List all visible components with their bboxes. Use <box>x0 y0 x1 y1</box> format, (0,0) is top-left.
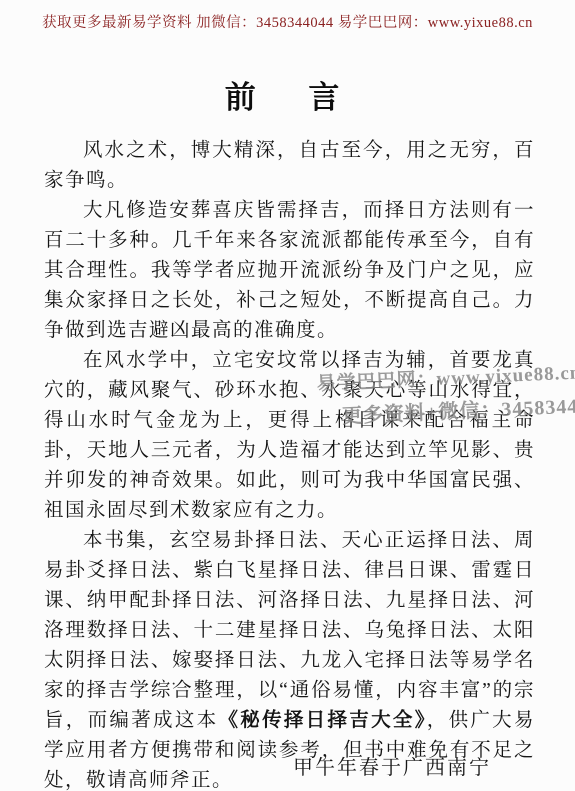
paragraph-1: 风水之术，博大精深，自古至今，用之无穷，百家争鸣。 <box>44 136 535 196</box>
stray-scan-mark: · <box>171 676 176 694</box>
paragraph-3: 在风水学中，立宅安坟常以择吉为辅，首要龙真穴的，藏风聚气、砂环水抱、水聚天心等山… <box>44 346 535 526</box>
paragraph-2: 大凡修造安葬喜庆皆需择吉，而择日方法则有一百二十多种。几千年来各家流派都能传承至… <box>44 196 535 346</box>
book-title: 《秘传择日择吉大全》 <box>218 710 426 731</box>
footer-signature: 甲午年春于广西南宁 <box>293 751 491 780</box>
paragraph-4-text-before: 本书集，玄空易卦择日法、天心正运择日法、周易卦爻择日法、紫白飞星择日法、律吕日课… <box>44 530 535 731</box>
scanned-book-page: 获取更多最新易学资料 加微信：3458344044 易学巴巴网：www.yixu… <box>0 0 575 791</box>
page-title: 前 言 <box>0 72 575 117</box>
header-notice: 获取更多最新易学资料 加微信：3458344044 易学巴巴网：www.yixu… <box>0 11 575 32</box>
preface-body: 风水之术，博大精深，自古至今，用之无穷，百家争鸣。 大凡修造安葬喜庆皆需择吉，而… <box>44 136 535 791</box>
